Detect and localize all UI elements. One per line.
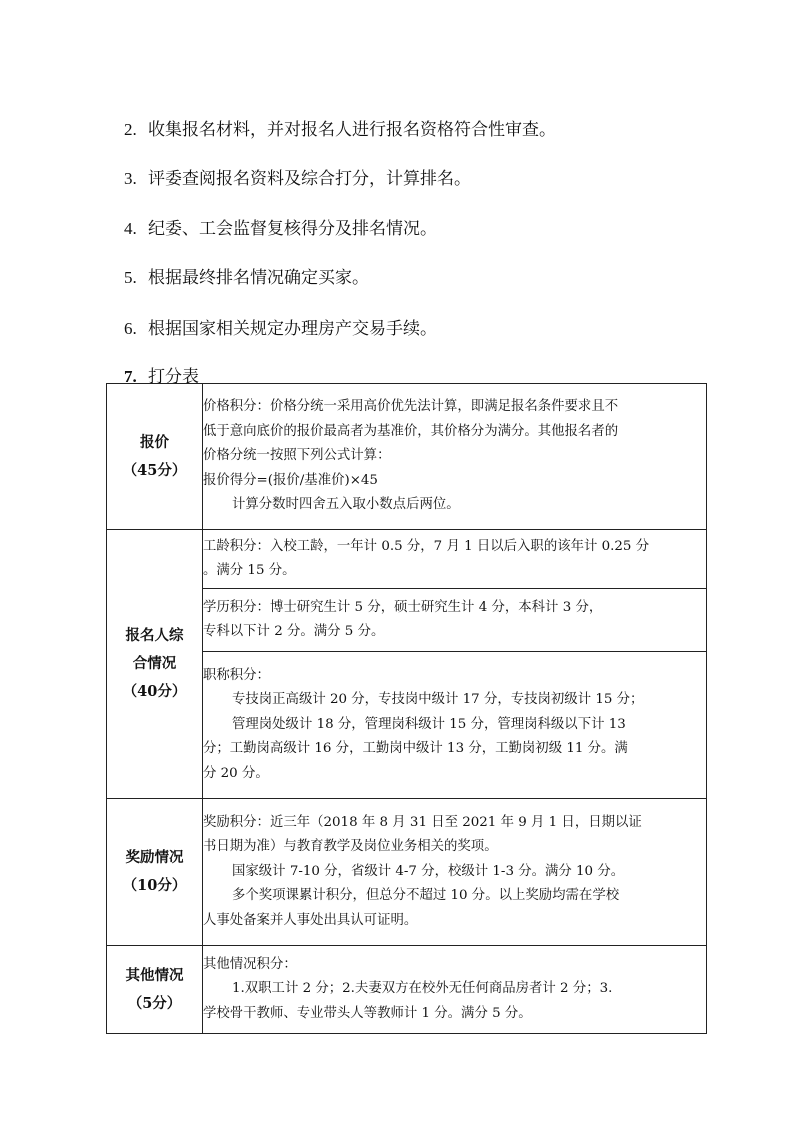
criteria-line: 学历积分：博士研究生计 5 分，硕士研究生计 4 分，本科计 3 分，	[203, 596, 706, 621]
criteria-line: 书日期为准）与教育教学及岗位业务相关的奖项。	[203, 835, 706, 860]
step-6: 6.根据国家相关规定办理房产交易手续。	[124, 318, 437, 340]
criteria-cell: 价格积分：价格分统一采用高价优先法计算，即满足报名条件要求且不 低于意向底价的报…	[203, 384, 707, 530]
criteria-cell: 工龄积分：入校工龄，一年计 0.5 分，7 月 1 日以后入职的该年计 0.25…	[203, 530, 707, 589]
criteria-cell: 学历积分：博士研究生计 5 分，硕士研究生计 4 分，本科计 3 分， 专科以下…	[203, 589, 707, 652]
criteria-line: 人事处备案并人事处出具认可证明。	[203, 909, 706, 934]
criteria-line: 1.双职工计 2 分；2.夫妻双方在校外无任何商品房者计 2 分；3.	[203, 977, 706, 1002]
criteria-line: 报价得分=(报价/基准价)×45	[203, 469, 706, 494]
category-score: （5分）	[107, 990, 202, 1018]
criteria-line: 工龄积分：入校工龄，一年计 0.5 分，7 月 1 日以后入职的该年计 0.25…	[203, 535, 706, 560]
criteria-line: 分；工勤岗高级计 16 分，工勤岗中级计 13 分，工勤岗初级 11 分。满	[203, 737, 706, 762]
step-5: 5.根据最终排名情况确定买家。	[124, 267, 369, 289]
step-number: 5.	[124, 267, 148, 289]
criteria-line: 低于意向底价的报价最高者为基准价，其价格分为满分。其他报名者的	[203, 420, 706, 445]
table-row-price: 报价 （45分） 价格积分：价格分统一采用高价优先法计算，即满足报名条件要求且不…	[107, 384, 707, 530]
category-cell: 奖励情况 （10分）	[107, 799, 203, 946]
category-cell: 报价 （45分）	[107, 384, 203, 530]
criteria-line: 国家级计 7-10 分，省级计 4-7 分，校级计 1-3 分。满分 10 分。	[203, 860, 706, 885]
category-label: 奖励情况	[107, 844, 202, 872]
criteria-cell: 奖励积分：近三年（2018 年 8 月 31 日至 2021 年 9 月 1 日…	[203, 799, 707, 946]
table-row-other: 其他情况 （5分） 其他情况积分： 1.双职工计 2 分；2.夫妻双方在校外无任…	[107, 946, 707, 1034]
category-cell: 其他情况 （5分）	[107, 946, 203, 1034]
scoring-table: 报价 （45分） 价格积分：价格分统一采用高价优先法计算，即满足报名条件要求且不…	[106, 383, 707, 1034]
criteria-line: 多个奖项课累计积分，但总分不超过 10 分。以上奖励均需在学校	[203, 884, 706, 909]
criteria-line: 职称积分：	[203, 664, 706, 689]
step-text: 收集报名材料，并对报名人进行报名资格符合性审查。	[148, 120, 556, 140]
category-label: 报价	[107, 429, 202, 457]
criteria-line: 。满分 15 分。	[203, 559, 706, 584]
criteria-line: 分 20 分。	[203, 762, 706, 787]
category-label: 报名人综合情况	[121, 622, 189, 678]
category-label: 其他情况	[107, 962, 202, 990]
criteria-line: 价格积分：价格分统一采用高价优先法计算，即满足报名条件要求且不	[203, 395, 706, 420]
step-text: 根据国家相关规定办理房产交易手续。	[148, 319, 437, 339]
criteria-line: 其他情况积分：	[203, 953, 706, 978]
criteria-line: 专科以下计 2 分。满分 5 分。	[203, 620, 706, 645]
criteria-line: 专技岗正高级计 20 分，专技岗中级计 17 分，专技岗初级计 15 分；	[203, 688, 706, 713]
step-text: 评委查阅报名资料及综合打分，计算排名。	[148, 169, 471, 189]
category-cell: 报名人综合情况 （40分）	[107, 530, 203, 799]
category-score: （45分）	[107, 457, 202, 485]
table-row-applicant-seniority: 报名人综合情况 （40分） 工龄积分：入校工龄，一年计 0.5 分，7 月 1 …	[107, 530, 707, 589]
step-number: 2.	[124, 119, 148, 141]
step-2: 2.收集报名材料，并对报名人进行报名资格符合性审查。	[124, 119, 556, 141]
step-text: 纪委、工会监督复核得分及排名情况。	[148, 219, 437, 239]
category-score: （10分）	[107, 872, 202, 900]
criteria-line: 奖励积分：近三年（2018 年 8 月 31 日至 2021 年 9 月 1 日…	[203, 811, 706, 836]
step-number: 4.	[124, 218, 148, 240]
category-score: （40分）	[107, 678, 202, 706]
criteria-line: 价格分统一按照下列公式计算：	[203, 444, 706, 469]
step-4: 4.纪委、工会监督复核得分及排名情况。	[124, 218, 437, 240]
step-number: 3.	[124, 168, 148, 190]
criteria-line: 管理岗处级计 18 分，管理岗科级计 15 分，管理岗科级以下计 13	[203, 713, 706, 738]
criteria-cell: 其他情况积分： 1.双职工计 2 分；2.夫妻双方在校外无任何商品房者计 2 分…	[203, 946, 707, 1034]
criteria-line: 计算分数时四舍五入取小数点后两位。	[203, 493, 706, 518]
table-row-awards: 奖励情况 （10分） 奖励积分：近三年（2018 年 8 月 31 日至 202…	[107, 799, 707, 946]
criteria-line: 学校骨干教师、专业带头人等教师计 1 分。满分 5 分。	[203, 1002, 706, 1027]
step-number: 6.	[124, 318, 148, 340]
step-text: 根据最终排名情况确定买家。	[148, 268, 369, 288]
step-3: 3.评委查阅报名资料及综合打分，计算排名。	[124, 168, 471, 190]
criteria-cell: 职称积分： 专技岗正高级计 20 分，专技岗中级计 17 分，专技岗初级计 15…	[203, 652, 707, 799]
